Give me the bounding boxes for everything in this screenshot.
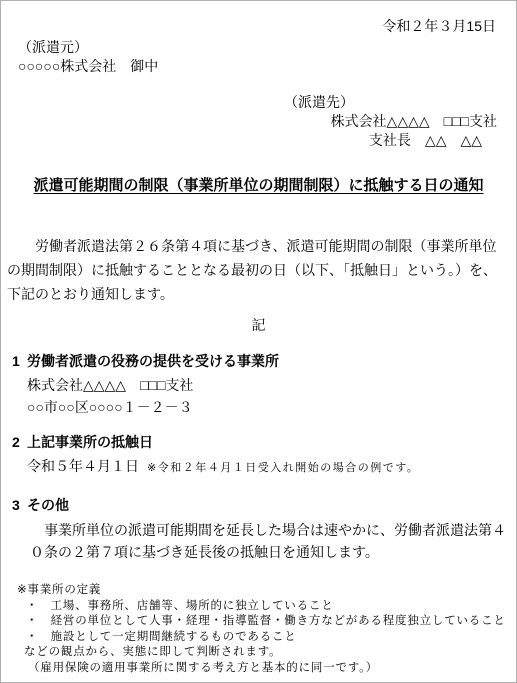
conflict-date-note: ※令和２年４月１日受入れ開始の場合の例です。 xyxy=(147,462,419,474)
recipient-representative: 支社長 △△ △△ xyxy=(1,132,482,148)
section2-conflict-date-line: 令和５年４月１日※令和２年４月１日受入れ開始の場合の例です。 xyxy=(27,456,516,478)
footnote-bullet-2: ・ 経営の単位として人事・経理・指導監督・働き方などがある程度独立していること xyxy=(26,614,516,630)
section3-heading: 3その他 xyxy=(12,496,516,515)
conflict-date-value: 令和５年４月１日 xyxy=(27,458,139,474)
section2-heading-text: 上記事業所の抵触日 xyxy=(27,434,153,450)
section1-address-line: ○○市○○区○○○○１－２－３ xyxy=(27,397,516,417)
footnote-bullet-3: ・ 施設として一定期間継続するものであること xyxy=(26,630,516,646)
footnote-title: ※事業所の定義 xyxy=(17,583,516,599)
section1-company-line: 株式会社△△△△ □□□支社 xyxy=(27,375,516,395)
recipient-label: （派遣先） xyxy=(284,94,516,110)
notice-document-page: 令和２年３月15日 （派遣元） ○○○○○株式会社 御中 （派遣先） 株式会社△… xyxy=(0,0,517,683)
document-title: 派遣可能期間の制限（事業所単位の期間制限）に抵触する日の通知 xyxy=(1,178,516,194)
intro-paragraph: 労働者派遣法第２６条第４項に基づき、派遣可能期間の制限（事業所単位の期間制限）に… xyxy=(7,234,508,306)
section1-heading-text: 労働者派遣の役務の提供を受ける事業所 xyxy=(27,353,279,369)
footnote-parenthetical-line: （雇用保険の適用事業所に関する考え方と基本的に同一です。） xyxy=(28,661,516,677)
recipient-company-name: 株式会社△△△△ □□□支社 xyxy=(1,113,497,129)
footnote-bullet-1: ・ 工場、事務所、店舗等、場所的に独立していること xyxy=(26,599,516,615)
section2-heading: 2上記事業所の抵触日 xyxy=(12,433,516,452)
section3-heading-text: その他 xyxy=(27,497,69,513)
section1-number: 1 xyxy=(12,352,27,371)
footnote-block: ※事業所の定義 ・ 工場、事務所、店舗等、場所的に独立していること ・ 経営の単… xyxy=(1,583,516,676)
section3-number: 3 xyxy=(12,496,27,515)
section2-number: 2 xyxy=(12,433,27,452)
document-date: 令和２年３月15日 xyxy=(1,18,496,34)
footnote-closing-line: などの観点から、実態に即して判断されます。 xyxy=(24,645,516,661)
section1-heading: 1労働者派遣の役務の提供を受ける事業所 xyxy=(12,352,516,371)
sender-label: （派遣元） xyxy=(18,39,516,55)
ki-marker: 記 xyxy=(1,316,516,334)
sender-company-name: ○○○○○株式会社 御中 xyxy=(18,58,516,74)
section3-body-paragraph: 事業所単位の派遣可能期間を延長した場合は速やかに、労働者派遣法第４０条の２第７項… xyxy=(30,519,506,563)
